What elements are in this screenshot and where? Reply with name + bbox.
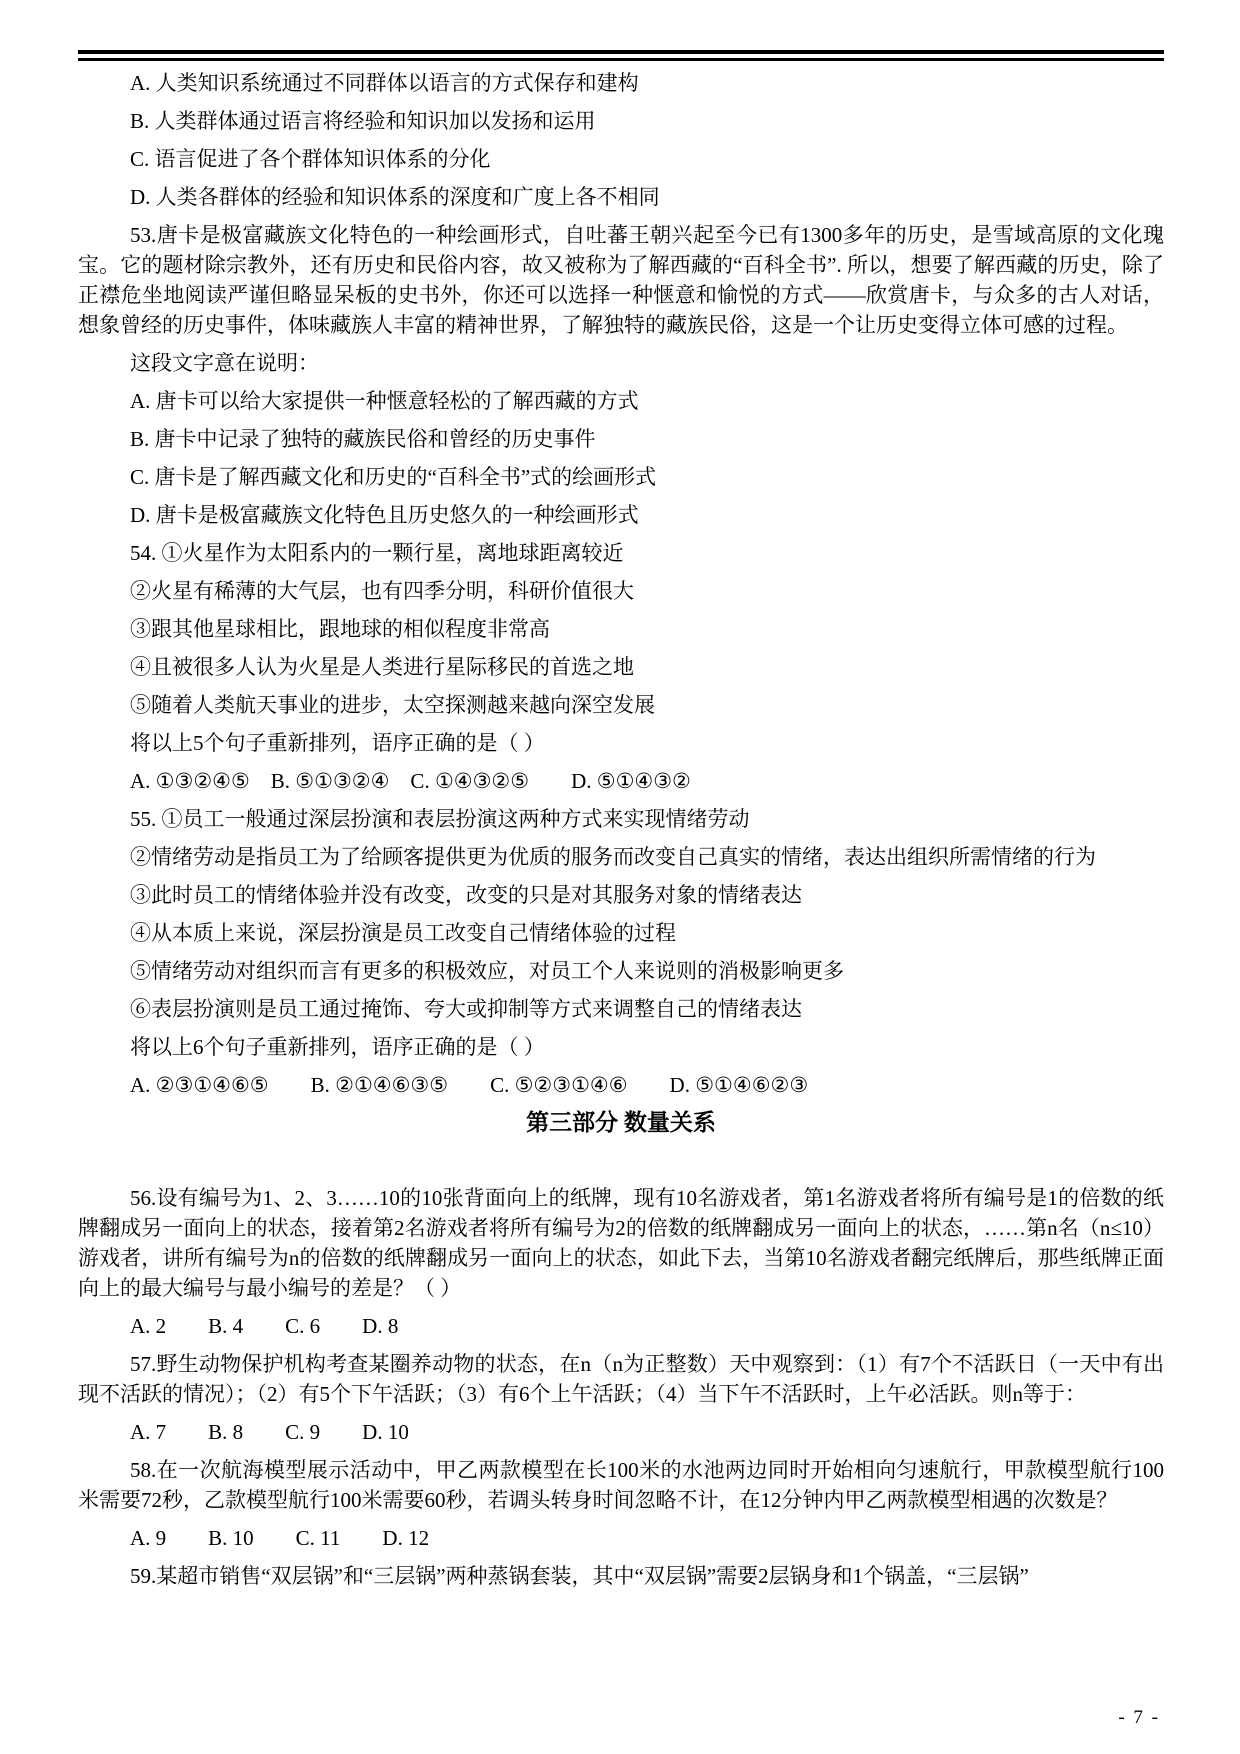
- q52-option-c: C. 语言促进了各个群体知识体系的分化: [78, 144, 1164, 174]
- q53-prompt: 这段文字意在说明：: [78, 348, 1164, 378]
- q54-sentence-5: ⑤随着人类航天事业的进步，太空探测越来越向深空发展: [78, 690, 1164, 720]
- q56-stem: 56.设有编号为1、2、3……10的10张背面向上的纸牌，现有10名游戏者，第1…: [78, 1183, 1164, 1303]
- q53-option-b: B. 唐卡中记录了独特的藏族民俗和曾经的历史事件: [78, 424, 1164, 454]
- q53-option-a: A. 唐卡可以给大家提供一种惬意轻松的了解西藏的方式: [78, 386, 1164, 416]
- q57-stem: 57.野生动物保护机构考查某圈养动物的状态，在n（n为正整数）天中观察到：（1）…: [78, 1349, 1164, 1409]
- document-body: A. 人类知识系统通过不同群体以语言的方式保存和建构B. 人类群体通过语言将经验…: [78, 50, 1164, 1599]
- q53-option-d: D. 唐卡是极富藏族文化特色且历史悠久的一种绘画形式: [78, 500, 1164, 530]
- section-gap: [78, 1146, 1164, 1183]
- q55-prompt: 将以上6个句子重新排列，语序正确的是（ ）: [78, 1032, 1164, 1062]
- q54-sentence-4: ④且被很多人认为火星是人类进行星际移民的首选之地: [78, 652, 1164, 682]
- q58-stem: 58.在一次航海模型展示活动中，甲乙两款模型在长100米的水池两边同时开始相向匀…: [78, 1455, 1164, 1515]
- q55-options-row: A. ②③①④⑥⑤ B. ②①④⑥③⑤ C. ⑤②③①④⑥ D. ⑤①④⑥②③: [78, 1070, 1164, 1100]
- q53-stem: 53.唐卡是极富藏族文化特色的一种绘画形式，自吐蕃王朝兴起至今已有1300多年的…: [78, 220, 1164, 340]
- exam-page: A. 人类知识系统通过不同群体以语言的方式保存和建构B. 人类群体通过语言将经验…: [0, 0, 1240, 1754]
- q59-stem-partial: 59.某超市销售“双层锅”和“三层锅”两种蒸锅套装，其中“双层锅”需要2层锅身和…: [78, 1561, 1164, 1591]
- q55-sentence-1: 55. ①员工一般通过深层扮演和表层扮演这两种方式来实现情绪劳动: [78, 804, 1164, 834]
- q55-sentence-5: ⑤情绪劳动对组织而言有更多的积极效应，对员工个人来说则的消极影响更多: [78, 956, 1164, 986]
- q55-sentence-4: ④从本质上来说，深层扮演是员工改变自己情绪体验的过程: [78, 918, 1164, 948]
- q52-option-b: B. 人类群体通过语言将经验和知识加以发扬和运用: [78, 106, 1164, 136]
- q55-sentence-2: ②情绪劳动是指员工为了给顾客提供更为优质的服务而改变自己真实的情绪，表达出组织所…: [78, 842, 1164, 872]
- q54-prompt: 将以上5个句子重新排列，语序正确的是（ ）: [78, 728, 1164, 758]
- page-number: - 7 -: [1118, 1706, 1160, 1730]
- header-double-rule: [78, 50, 1164, 61]
- q55-sentence-6: ⑥表层扮演则是员工通过掩饰、夸大或抑制等方式来调整自己的情绪表达: [78, 994, 1164, 1024]
- q52-option-a: A. 人类知识系统通过不同群体以语言的方式保存和建构: [78, 68, 1164, 98]
- q57-options-row: A. 7 B. 8 C. 9 D. 10: [78, 1417, 1164, 1447]
- q54-sentence-1: 54. ①火星作为太阳系内的一颗行星，离地球距离较近: [78, 538, 1164, 568]
- q53-option-c: C. 唐卡是了解西藏文化和历史的“百科全书”式的绘画形式: [78, 462, 1164, 492]
- section-header-part3: 第三部分 数量关系: [78, 1108, 1164, 1138]
- q52-option-d: D. 人类各群体的经验和知识体系的深度和广度上各不相同: [78, 182, 1164, 212]
- q55-sentence-3: ③此时员工的情绪体验并没有改变，改变的只是对其服务对象的情绪表达: [78, 880, 1164, 910]
- q58-options-row: A. 9 B. 10 C. 11 D. 12: [78, 1523, 1164, 1553]
- q54-sentence-2: ②火星有稀薄的大气层，也有四季分明，科研价值很大: [78, 576, 1164, 606]
- q54-sentence-3: ③跟其他星球相比，跟地球的相似程度非常高: [78, 614, 1164, 644]
- q54-options-row: A. ①③②④⑤ B. ⑤①③②④ C. ①④③②⑤ D. ⑤①④③②: [78, 766, 1164, 796]
- q56-options-row: A. 2 B. 4 C. 6 D. 8: [78, 1311, 1164, 1341]
